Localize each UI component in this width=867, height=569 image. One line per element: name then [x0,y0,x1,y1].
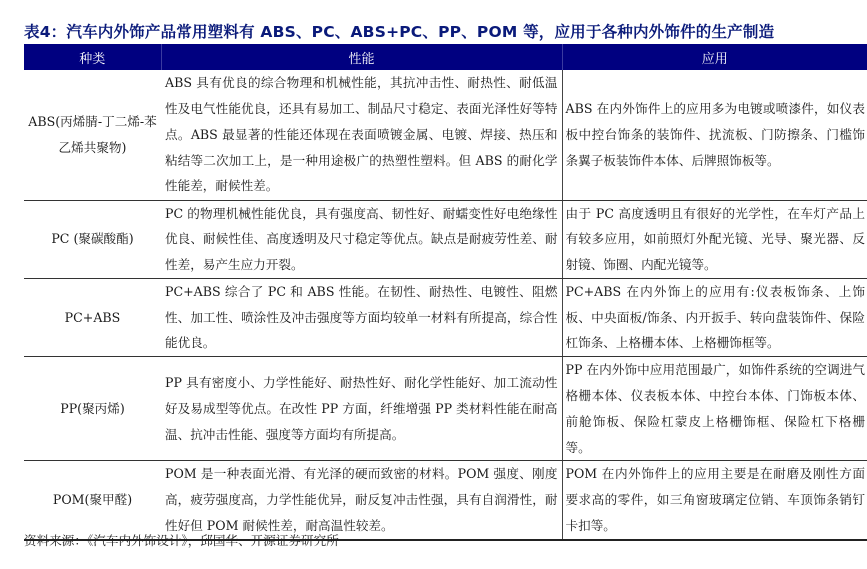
cell-application: 由于 PC 高度透明且有很好的光学性，在车灯产品上有较多应用，如前照灯外配光镜、… [562,200,867,278]
cell-application: PP 在内外饰中应用范围最广，如饰件系统的空调进气格栅本体、仪表板本体、中控台本… [562,357,867,461]
cell-application: ABS 在内外饰件上的应用多为电镀或喷漆件，如仪表板中控台饰条的装饰件、扰流板、… [562,70,867,200]
plastics-table: 种类 性能 应用 ABS(丙烯腈-丁二烯-苯乙烯共聚物) ABS 具有优良的综合… [24,44,867,541]
header-performance: 性能 [161,44,562,70]
cell-application: PC+ABS 在内外饰上的应用有:仪表板饰条、上饰板、中央面板/饰条、内开扳手、… [562,278,867,356]
cell-performance: POM 是一种表面光滑、有光泽的硬而致密的材料。POM 强度、刚度高，疲劳强度高… [161,461,562,540]
cell-kind: ABS(丙烯腈-丁二烯-苯乙烯共聚物) [24,70,161,200]
cell-kind: PC (聚碳酸酯) [24,200,161,278]
source-note: 资料来源：《汽车内外饰设计》，邱国华、开源证券研究所 [24,530,339,549]
cell-kind: PP(聚丙烯) [24,357,161,461]
table-row: PP(聚丙烯) PP 具有密度小、力学性能好、耐热性好、耐化学性能好、加工流动性… [24,357,867,461]
table-row: PC+ABS PC+ABS 综合了 PC 和 ABS 性能。在韧性、耐热性、电镀… [24,278,867,356]
cell-performance: PC+ABS 综合了 PC 和 ABS 性能。在韧性、耐热性、电镀性、阻燃性、加… [161,278,562,356]
table-title: 表4：汽车内外饰产品常用塑料有 ABS、PC、ABS+PC、PP、POM 等，应… [24,20,867,42]
table-row: PC (聚碳酸酯) PC 的物理机械性能优良，具有强度高、韧性好、耐蠕变性好电绝… [24,200,867,278]
cell-performance: PC 的物理机械性能优良，具有强度高、韧性好、耐蠕变性好电绝缘性优良、耐候性佳、… [161,200,562,278]
table-row: ABS(丙烯腈-丁二烯-苯乙烯共聚物) ABS 具有优良的综合物理和机械性能，其… [24,70,867,200]
cell-kind: PC+ABS [24,278,161,356]
cell-application: POM 在内外饰件上的应用主要是在耐磨及刚性方面要求高的零件，如三角窗玻璃定位销… [562,461,867,540]
cell-performance: ABS 具有优良的综合物理和机械性能，其抗冲击性、耐热性、耐低温性及电气性能优良… [161,70,562,200]
cell-performance: PP 具有密度小、力学性能好、耐热性好、耐化学性能好、加工流动性好及易成型等优点… [161,357,562,461]
header-kind: 种类 [24,44,161,70]
table-row: POM(聚甲醛) POM 是一种表面光滑、有光泽的硬而致密的材料。POM 强度、… [24,461,867,540]
table-header-row: 种类 性能 应用 [24,44,867,70]
cell-kind: POM(聚甲醛) [24,461,161,540]
header-application: 应用 [562,44,867,70]
